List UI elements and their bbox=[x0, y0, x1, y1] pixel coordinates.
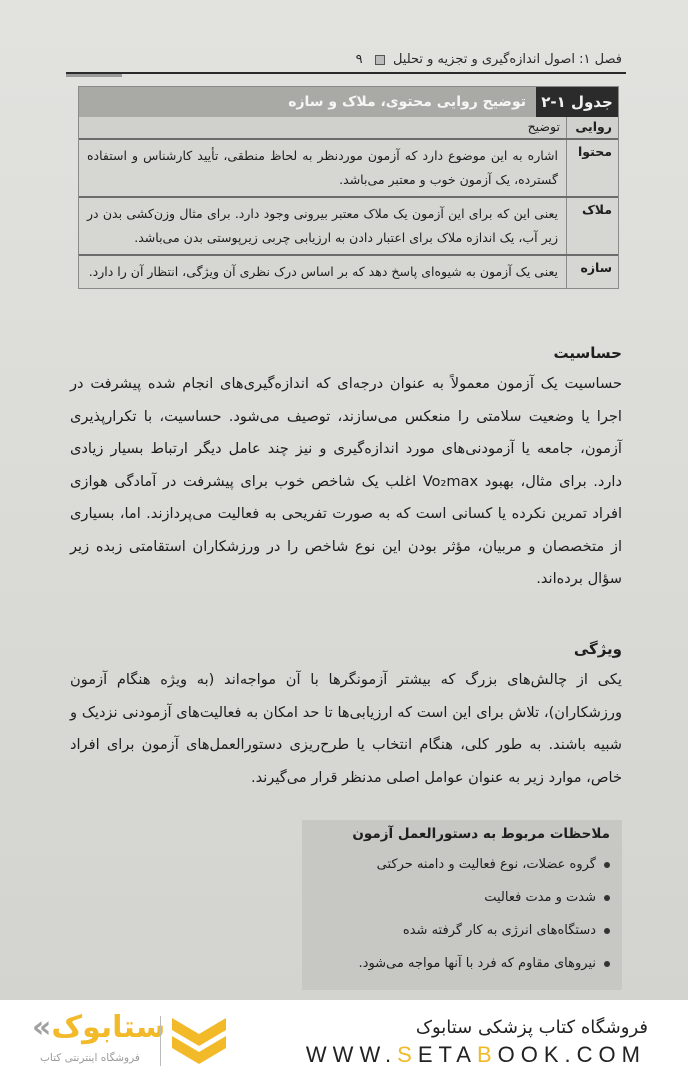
header-rule bbox=[66, 72, 626, 74]
row-label: محتوا bbox=[566, 140, 618, 196]
header-rule-accent bbox=[66, 72, 122, 77]
table-number: جدول ۱-۲ bbox=[536, 87, 618, 117]
bullet-icon bbox=[604, 928, 610, 934]
page-number: ۹ bbox=[356, 52, 363, 67]
bullet-icon bbox=[604, 895, 610, 901]
table-row: محتوا اشاره به این موضوع دارد که آزمون م… bbox=[79, 138, 618, 196]
chevron-logo-icon bbox=[170, 1014, 228, 1070]
shop-url[interactable]: WWW.SETABOOK.COM bbox=[306, 1042, 646, 1068]
considerations-box: ملاحظات مربوط به دستورالعمل آزمون گروه ع… bbox=[302, 820, 622, 990]
shop-name: فروشگاه کتاب پزشکی ستابوک bbox=[416, 1017, 648, 1038]
book-page: فصل ۱: اصول اندازه‌گیری و تجزیه و تحلیل … bbox=[0, 0, 688, 1000]
logo-subtitle: فروشگاه اینترنتی کتاب bbox=[40, 1052, 140, 1064]
section-heading-sensitivity: حساسیت bbox=[554, 344, 622, 362]
table-row: ملاک یعنی این که برای این آزمون یک ملاک … bbox=[79, 196, 618, 254]
chapter-title: فصل ۱: اصول اندازه‌گیری و تجزیه و تحلیل bbox=[393, 52, 622, 67]
box-title: ملاحظات مربوط به دستورالعمل آزمون bbox=[310, 826, 610, 842]
list-item: دستگاه‌های انرژی به کار گرفته شده bbox=[310, 914, 610, 947]
list-item: گروه عضلات، نوع فعالیت و دامنه حرکتی bbox=[310, 848, 610, 881]
store-banner: «ستابوک فروشگاه اینترنتی کتاب فروشگاه کت… bbox=[0, 1000, 688, 1079]
table-caption: توضیح روایی محتوی، ملاک و سازه bbox=[79, 87, 536, 117]
bullet-icon bbox=[604, 961, 610, 967]
logo-divider bbox=[160, 1016, 161, 1066]
running-head: فصل ۱: اصول اندازه‌گیری و تجزیه و تحلیل … bbox=[70, 52, 622, 67]
logo-wordmark: «ستابوک bbox=[32, 1010, 165, 1045]
bullet-icon bbox=[604, 862, 610, 868]
paragraph-sensitivity: حساسیت یک آزمون معمولاً به عنوان درجه‌ای… bbox=[70, 368, 622, 596]
table-title-bar: جدول ۱-۲ توضیح روایی محتوی، ملاک و سازه bbox=[79, 87, 618, 117]
table-header-row: روایی توضیح bbox=[79, 117, 618, 138]
considerations-list: گروه عضلات، نوع فعالیت و دامنه حرکتی شدت… bbox=[310, 848, 610, 980]
paragraph-specificity: یکی از چالش‌های بزرگ که بیشتر آزمونگرها … bbox=[70, 664, 622, 794]
list-item: شدت و مدت فعالیت bbox=[310, 881, 610, 914]
row-label: سازه bbox=[566, 256, 618, 288]
list-item: نیروهای مقاوم که فرد با آنها مواجه می‌شو… bbox=[310, 947, 610, 980]
section-heading-specificity: ویژگی bbox=[574, 640, 622, 658]
column-header-validity: روایی bbox=[566, 117, 618, 138]
square-ornament-icon bbox=[375, 55, 385, 65]
validity-table: جدول ۱-۲ توضیح روایی محتوی، ملاک و سازه … bbox=[78, 86, 619, 289]
row-description: یعنی این که برای این آزمون یک ملاک معتبر… bbox=[79, 198, 566, 254]
row-description: اشاره به این موضوع دارد که آزمون موردنظر… bbox=[79, 140, 566, 196]
row-description: یعنی یک آزمون به شیوه‌ای پاسخ دهد که بر … bbox=[79, 256, 566, 288]
table-row: سازه یعنی یک آزمون به شیوه‌ای پاسخ دهد ک… bbox=[79, 254, 618, 288]
column-header-description: توضیح bbox=[79, 117, 566, 138]
row-label: ملاک bbox=[566, 198, 618, 254]
